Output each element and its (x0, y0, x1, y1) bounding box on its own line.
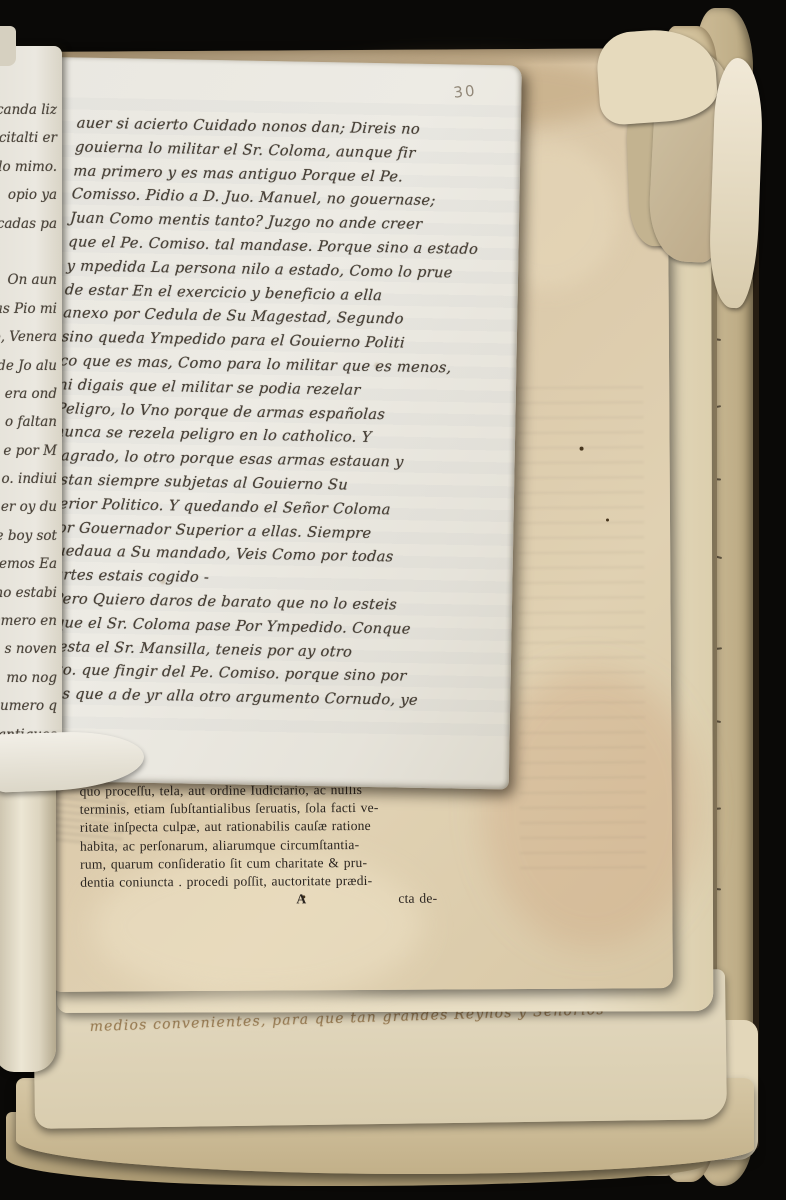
folio-number-pencil: 30 (453, 81, 478, 101)
frag-line (0, 244, 62, 272)
catchword: cta de- (398, 890, 437, 908)
frag-line: s noven (0, 641, 62, 669)
frag-line: las Pio mi (0, 301, 62, 329)
latin-line: rum, quarum conſideratio ſit cum charita… (80, 853, 480, 874)
frag-line: emero en (0, 613, 62, 641)
frag-line: canda liz (0, 102, 62, 130)
frag-line: lo mimo. (0, 159, 62, 187)
frag-line: o faltan (0, 414, 62, 442)
frag-line: citalti er (0, 130, 62, 158)
frag-line: er oy du (0, 499, 62, 527)
signature-row: A cta de- (80, 889, 480, 909)
frag-line: On aun (0, 272, 62, 300)
handwritten-text-block: auer si acierto Cuidado nonos dan; Direi… (36, 112, 530, 715)
print-showthrough (517, 386, 646, 879)
frag-line: emos Ea (0, 556, 62, 584)
top-left-fragment (0, 26, 16, 66)
latin-line: dentia coniuncta . procedi poſſit, aucto… (80, 871, 480, 892)
latin-line: habita, ac perſonarum, aliarumque circum… (80, 835, 480, 856)
frag-line: mo nog (0, 670, 62, 698)
frag-line: de Jo alu (0, 358, 62, 386)
frag-line: era ond (0, 386, 62, 414)
frag-line: opio ya (0, 187, 62, 215)
signature-mark: A (296, 891, 306, 909)
frag-line: umero q (0, 698, 62, 726)
frag-line: ne boy sot (0, 528, 62, 556)
frag-line: o, Venera (0, 329, 62, 357)
latin-text-block: de cætero feruari volumus. nempe v quo p… (80, 769, 481, 910)
frag-line: no estabi (0, 585, 62, 613)
archive-photo: procuramos sentida parte del puesto … de… (0, 0, 786, 1200)
frag-line: e por M (0, 443, 62, 471)
left-fragment-block: canda liz citalti er lo mimo. opio ya fi… (0, 102, 62, 783)
frag-line: o. indiui (0, 471, 62, 499)
latin-line: ritate inſpecta culpæ, aut rationabilis … (80, 817, 480, 838)
frag-line: ficadas pa (0, 216, 62, 244)
manuscript-page: 30 auer si acierto Cuidado nonos dan; Di… (37, 57, 522, 790)
latin-line: terminis, etiam ſubſtantialibus ſeruatis… (80, 798, 480, 819)
left-page-strip: canda liz citalti er lo mimo. opio ya fi… (0, 46, 62, 768)
